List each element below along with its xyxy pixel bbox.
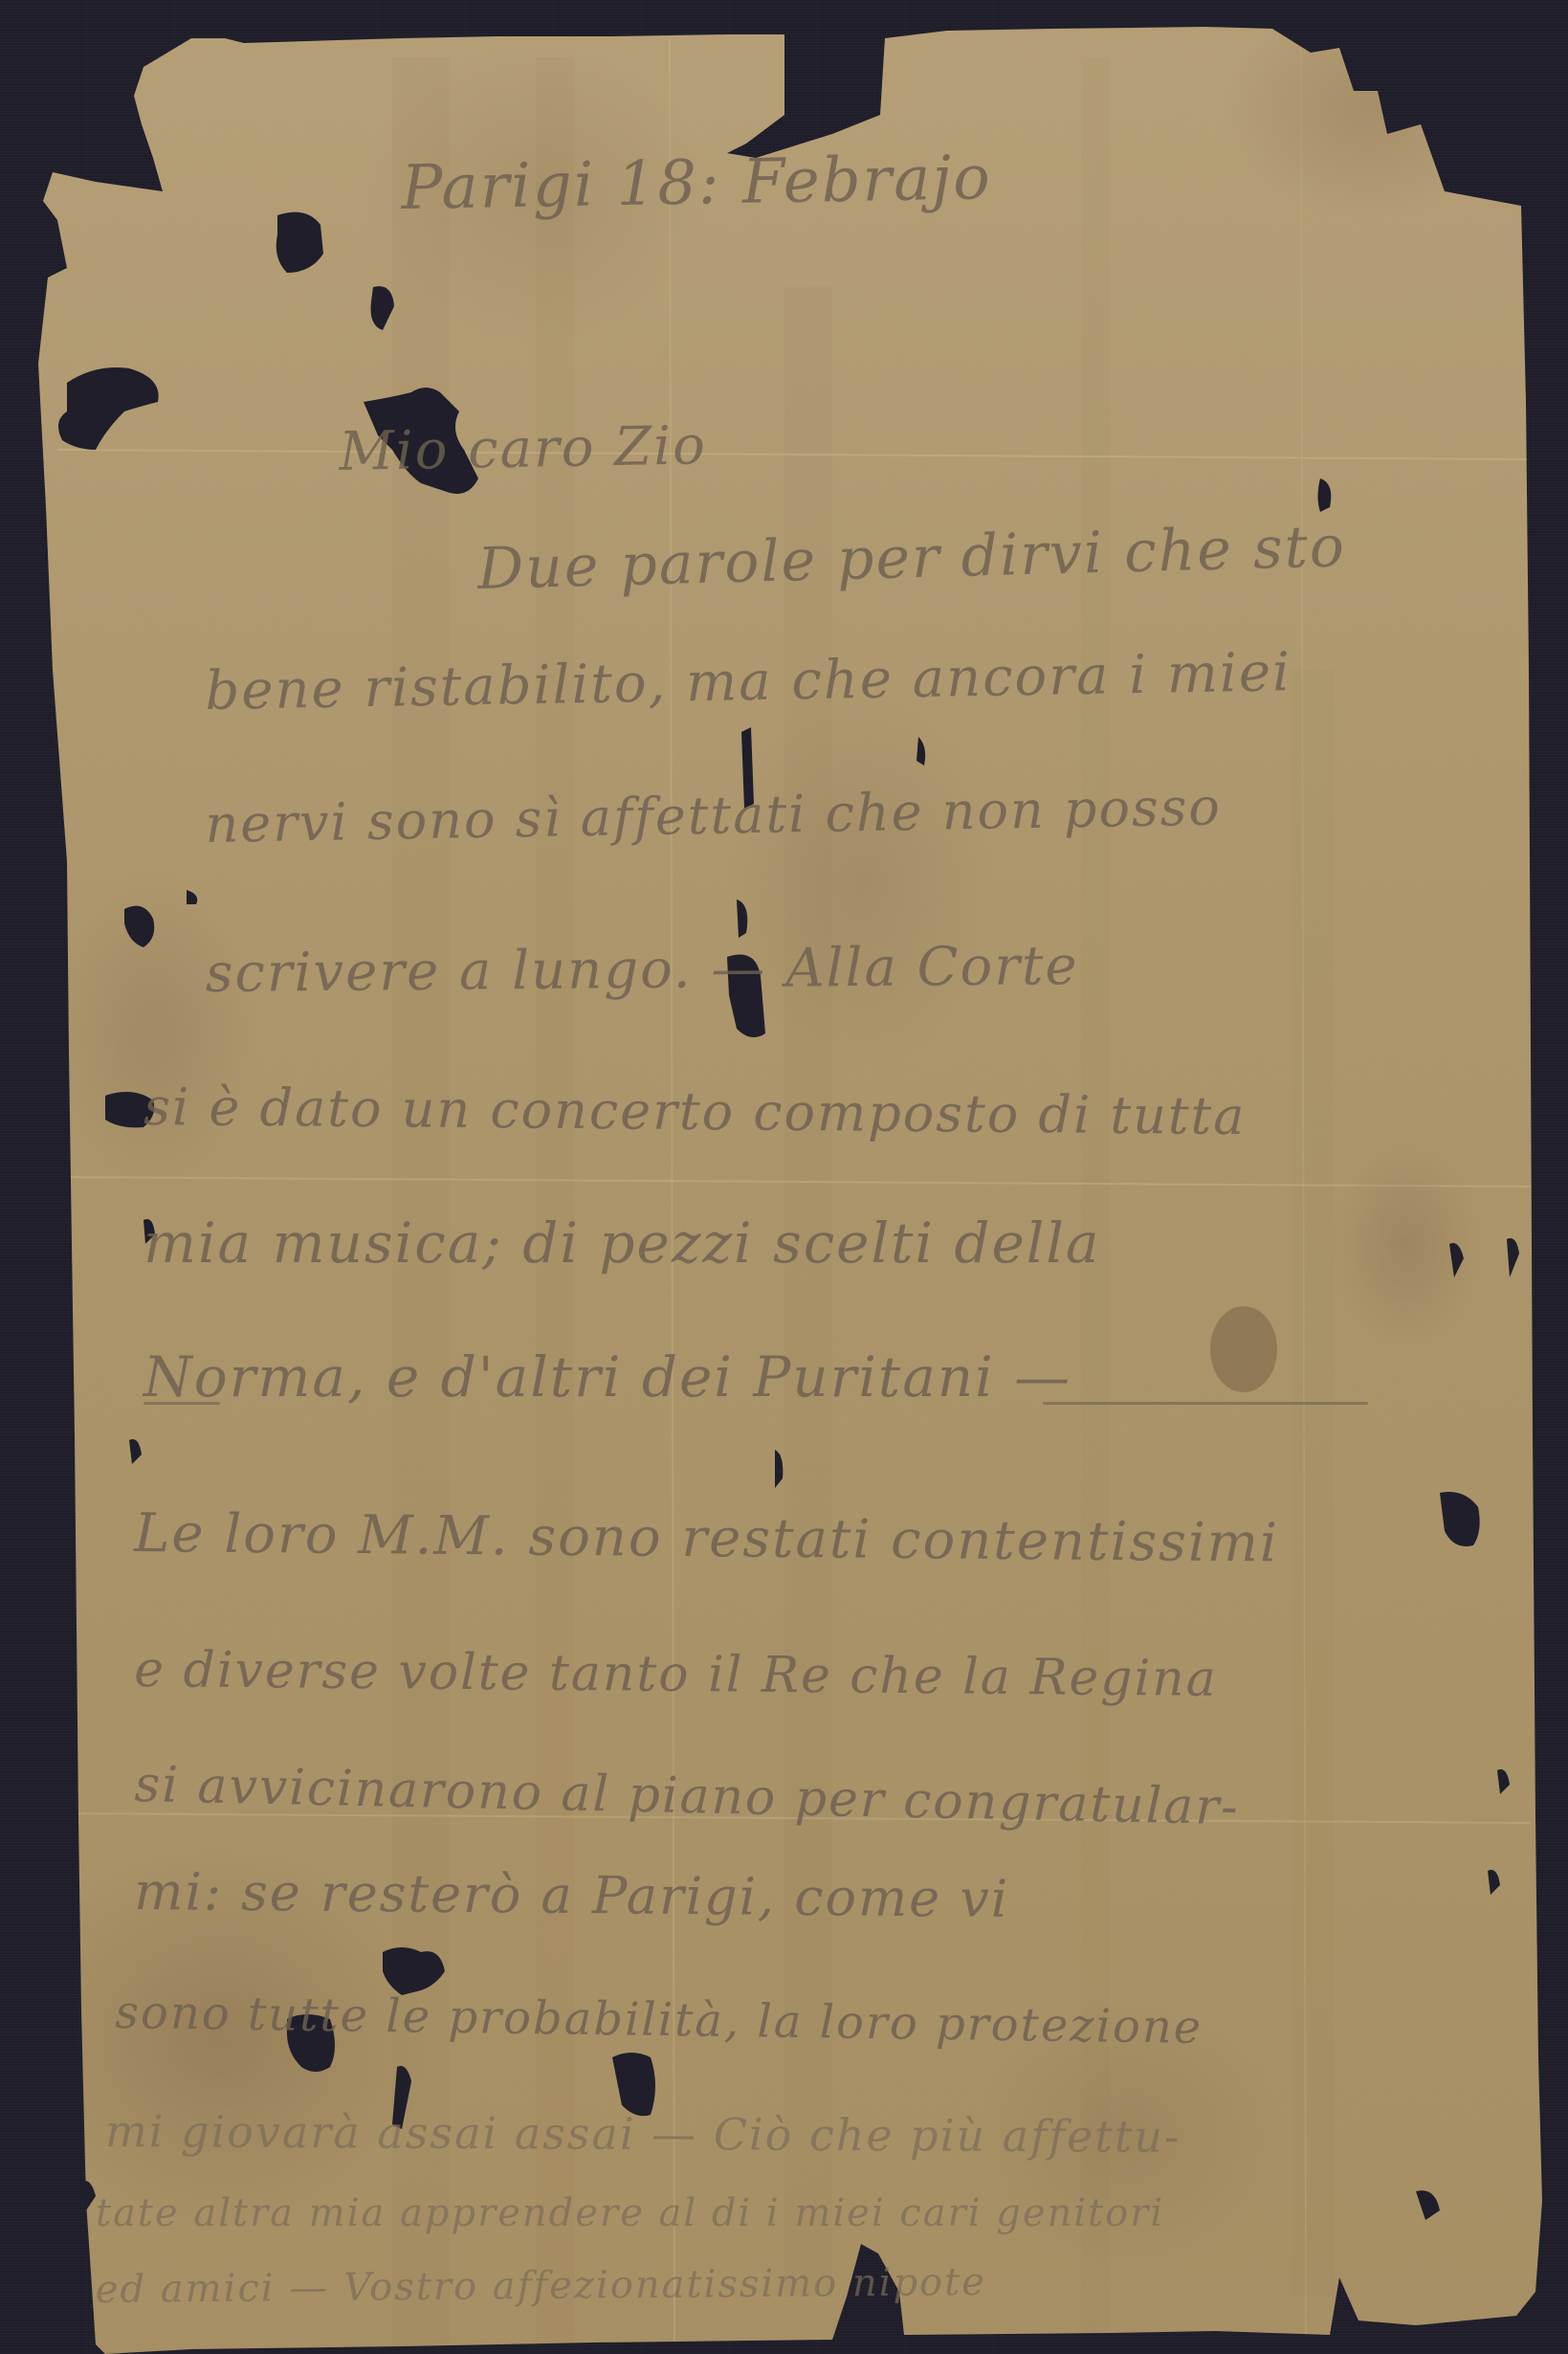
body-line-9: e diverse volte tanto il Re che la Regin…: [134, 1641, 1218, 1708]
salutation: Mio caro Zio: [339, 414, 707, 483]
letter-scan: Parigi 18: Febrajo Mio caro Zio Due paro…: [0, 0, 1568, 2354]
body-line-15: ed amici — Vostro affezionatissimo nipot…: [96, 2260, 986, 2312]
body-line-11: mi: se resterò a Parigi, come vi: [134, 1861, 1009, 1929]
underline-norma: [144, 1402, 220, 1405]
underline-puritani: [1043, 1402, 1368, 1405]
body-line-8: Le loro M.M. sono restati contentissimi: [134, 1502, 1279, 1574]
body-line-13: mi giovarà assai assai — Ciò che più aff…: [105, 2105, 1182, 2163]
body-line-1: Due parole per dirvi che sto: [476, 513, 1347, 603]
body-line-6: mia musica; di pezzi scelti della: [144, 1210, 1101, 1276]
body-line-3: nervi sono sì affettati che non posso: [205, 776, 1223, 855]
body-line-14: tate altra mia apprendere al di i miei c…: [96, 2191, 1164, 2235]
body-line-4: scrivere a lungo. — Alla Corte: [205, 935, 1078, 1005]
letter-text: Parigi 18: Febrajo Mio caro Zio Due paro…: [0, 0, 1568, 2354]
body-line-10: si avvicinarono al piano per congratular…: [134, 1756, 1240, 1836]
body-line-7: Norma, e d'altri dei Puritani —: [144, 1344, 1071, 1410]
place-date: Parigi 18: Febrajo: [401, 143, 993, 224]
body-line-5: si è dato un concerto composto di tutta: [144, 1077, 1247, 1146]
body-line-12: sono tutte le probabilità, la loro prote…: [115, 1986, 1204, 2054]
body-line-2: bene ristabilito, ma che ancora i miei: [205, 641, 1292, 722]
